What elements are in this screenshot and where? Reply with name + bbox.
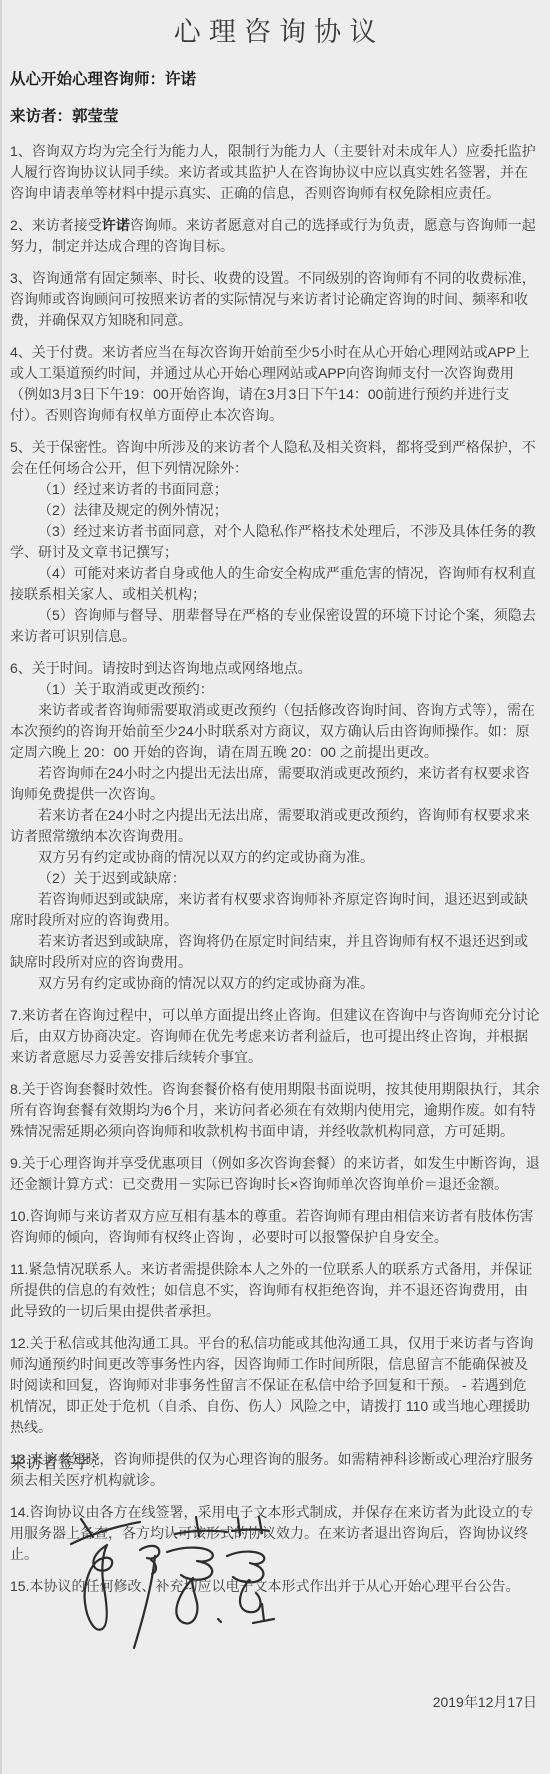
clause-6-subitem: 若咨询师迟到或缺席，来访者有权要求咨询师补齐原定咨询时间，退还迟到或缺席时段所对… xyxy=(10,889,540,931)
clause-5-subitem: （4）可能对来访者自身或他人的生命安全构成严重危害的情况，咨询师有权利直接联系相… xyxy=(10,563,540,605)
visitor-line: 来访者：郭莹莹 xyxy=(10,104,540,126)
clause-text: 10.咨询师与来访者双方应互相有基本的尊重。若咨询师有理由相信来访者有肢体伤害咨… xyxy=(10,1206,540,1248)
clause-text: 6、关于时间。请按时到达咨询地点或网络地点。 xyxy=(10,658,540,679)
clause-2: 2、来访者接受许诺咨询师。来访者愿意对自己的选择或行为负责，愿意与咨询师一起努力… xyxy=(10,215,540,257)
clause-2-prefix: 2、来访者接受 xyxy=(10,217,102,233)
clause-11: 11.紧急情况联系人。来访者需提供除本人之外的一位联系人的联系方式备用，并保证所… xyxy=(10,1259,540,1322)
clause-3: 3、咨询通常有固定频率、时长、收费的设置。不同级别的咨询师有不同的收费标准，咨询… xyxy=(10,268,540,331)
signature-svg xyxy=(55,1500,285,1670)
counselor-line: 从心开始心理咨询师：许诺 xyxy=(10,67,540,89)
clause-text: 9.关于心理咨询并享受优惠项目（例如多次咨询套餐）的来访者，如发生中断咨询，退还… xyxy=(10,1153,540,1195)
clause-12: 12.关于私信或其他沟通工具。平台的私信功能或其他沟通工具，仅用于来访者与咨询师… xyxy=(10,1333,540,1438)
page-title: 心理咨询协议 xyxy=(10,10,540,49)
clause-6-subitem: （2）关于迟到或缺席： xyxy=(10,868,540,889)
clause-text: 4、关于付费。来访者应当在每次咨询开始前至少5小时在从心开始心理网站或APP上或… xyxy=(10,342,540,426)
clause-10: 10.咨询师与来访者双方应互相有基本的尊重。若咨询师有理由相信来访者有肢体伤害咨… xyxy=(10,1206,540,1248)
clause-text: 1、咨询双方均为完全行为能力人，限制行为能力人（主要针对未成年人）应委托监护人履… xyxy=(10,141,540,204)
handwritten-signature-icon xyxy=(55,1500,285,1670)
clause-6-subitem: （1）关于取消或更改预约： xyxy=(10,679,540,700)
counselor-name-highlight: 许诺 xyxy=(102,217,130,233)
clause-8: 8.关于咨询套餐时效性。咨询套餐价格有使用期限书面说明，按其使用期限执行，其余所… xyxy=(10,1079,540,1142)
clause-5-subitem: （2）法律及规定的例外情况； xyxy=(10,500,540,521)
clause-5-subitem: （1）经过来访者的书面同意； xyxy=(10,479,540,500)
clause-text: 2、来访者接受许诺咨询师。来访者愿意对自己的选择或行为负责，愿意与咨询师一起努力… xyxy=(10,215,540,257)
clause-1: 1、咨询双方均为完全行为能力人，限制行为能力人（主要针对未成年人）应委托监护人履… xyxy=(10,141,540,204)
clause-6-subitem: 来访者或者咨询师需要取消或更改预约（包括修改咨询时间、咨询方式等），需在本次预约… xyxy=(10,700,540,763)
document-date: 2019年12月17日 xyxy=(433,1692,537,1712)
clause-6-subitem: 若来访者在24小时之内提出无法出席，需要取消或更改预约，咨询师有权要求来访者照常… xyxy=(10,805,540,847)
clause-7: 7.来访者在咨询过程中，可以单方面提出终止咨询。但建议在咨询中与咨询师充分讨论后… xyxy=(10,1005,540,1068)
clause-text: 11.紧急情况联系人。来访者需提供除本人之外的一位联系人的联系方式备用，并保证所… xyxy=(10,1259,540,1322)
clause-5: 5、关于保密性。咨询中所涉及的来访者个人隐私及相关资料，都将受到严格保护，不会在… xyxy=(10,437,540,647)
clause-text: 8.关于咨询套餐时效性。咨询套餐价格有使用期限书面说明，按其使用期限执行，其余所… xyxy=(10,1079,540,1142)
clause-6-subitem: 双方另有约定或协商的情况以双方的约定或协商为准。 xyxy=(10,973,540,994)
visitor-signature-label: 来访者签字： xyxy=(10,1450,106,1473)
agreement-document: 心理咨询协议 从心开始心理咨询师：许诺 来访者：郭莹莹 1、咨询双方均为完全行为… xyxy=(0,0,550,1597)
clause-text: 12.关于私信或其他沟通工具。平台的私信功能或其他沟通工具，仅用于来访者与咨询师… xyxy=(10,1333,540,1438)
clause-5-subitem: （5）咨询师与督导、朋辈督导在严格的专业保密设置的环境下讨论个案，须隐去来访者可… xyxy=(10,605,540,647)
clause-6-subitem: 双方另有约定或协商的情况以双方的约定或协商为准。 xyxy=(10,847,540,868)
clause-5-subitem: （3）经过来访者书面同意，对个人隐私作严格技术处理后，不涉及具体任务的教学、研讨… xyxy=(10,521,540,563)
clause-text: 7.来访者在咨询过程中，可以单方面提出终止咨询。但建议在咨询中与咨询师充分讨论后… xyxy=(10,1005,540,1068)
clause-6: 6、关于时间。请按时到达咨询地点或网络地点。 （1）关于取消或更改预约： 来访者… xyxy=(10,658,540,994)
clause-6-subitem: 若咨询师在24小时之内提出无法出席，需要取消或更改预约，来访者有权要求咨询师免费… xyxy=(10,763,540,805)
clause-text: 3、咨询通常有固定频率、时长、收费的设置。不同级别的咨询师有不同的收费标准，咨询… xyxy=(10,268,540,331)
clause-9: 9.关于心理咨询并享受优惠项目（例如多次咨询套餐）的来访者，如发生中断咨询，退还… xyxy=(10,1153,540,1195)
clause-4: 4、关于付费。来访者应当在每次咨询开始前至少5小时在从心开始心理网站或APP上或… xyxy=(10,342,540,426)
page-edge-divider xyxy=(0,0,2,1774)
clause-6-subitem: 若来访者迟到或缺席，咨询将仍在原定时间结束，并且咨询师有权不退还迟到或缺席时段所… xyxy=(10,931,540,973)
clause-text: 5、关于保密性。咨询中所涉及的来访者个人隐私及相关资料，都将受到严格保护，不会在… xyxy=(10,437,540,479)
